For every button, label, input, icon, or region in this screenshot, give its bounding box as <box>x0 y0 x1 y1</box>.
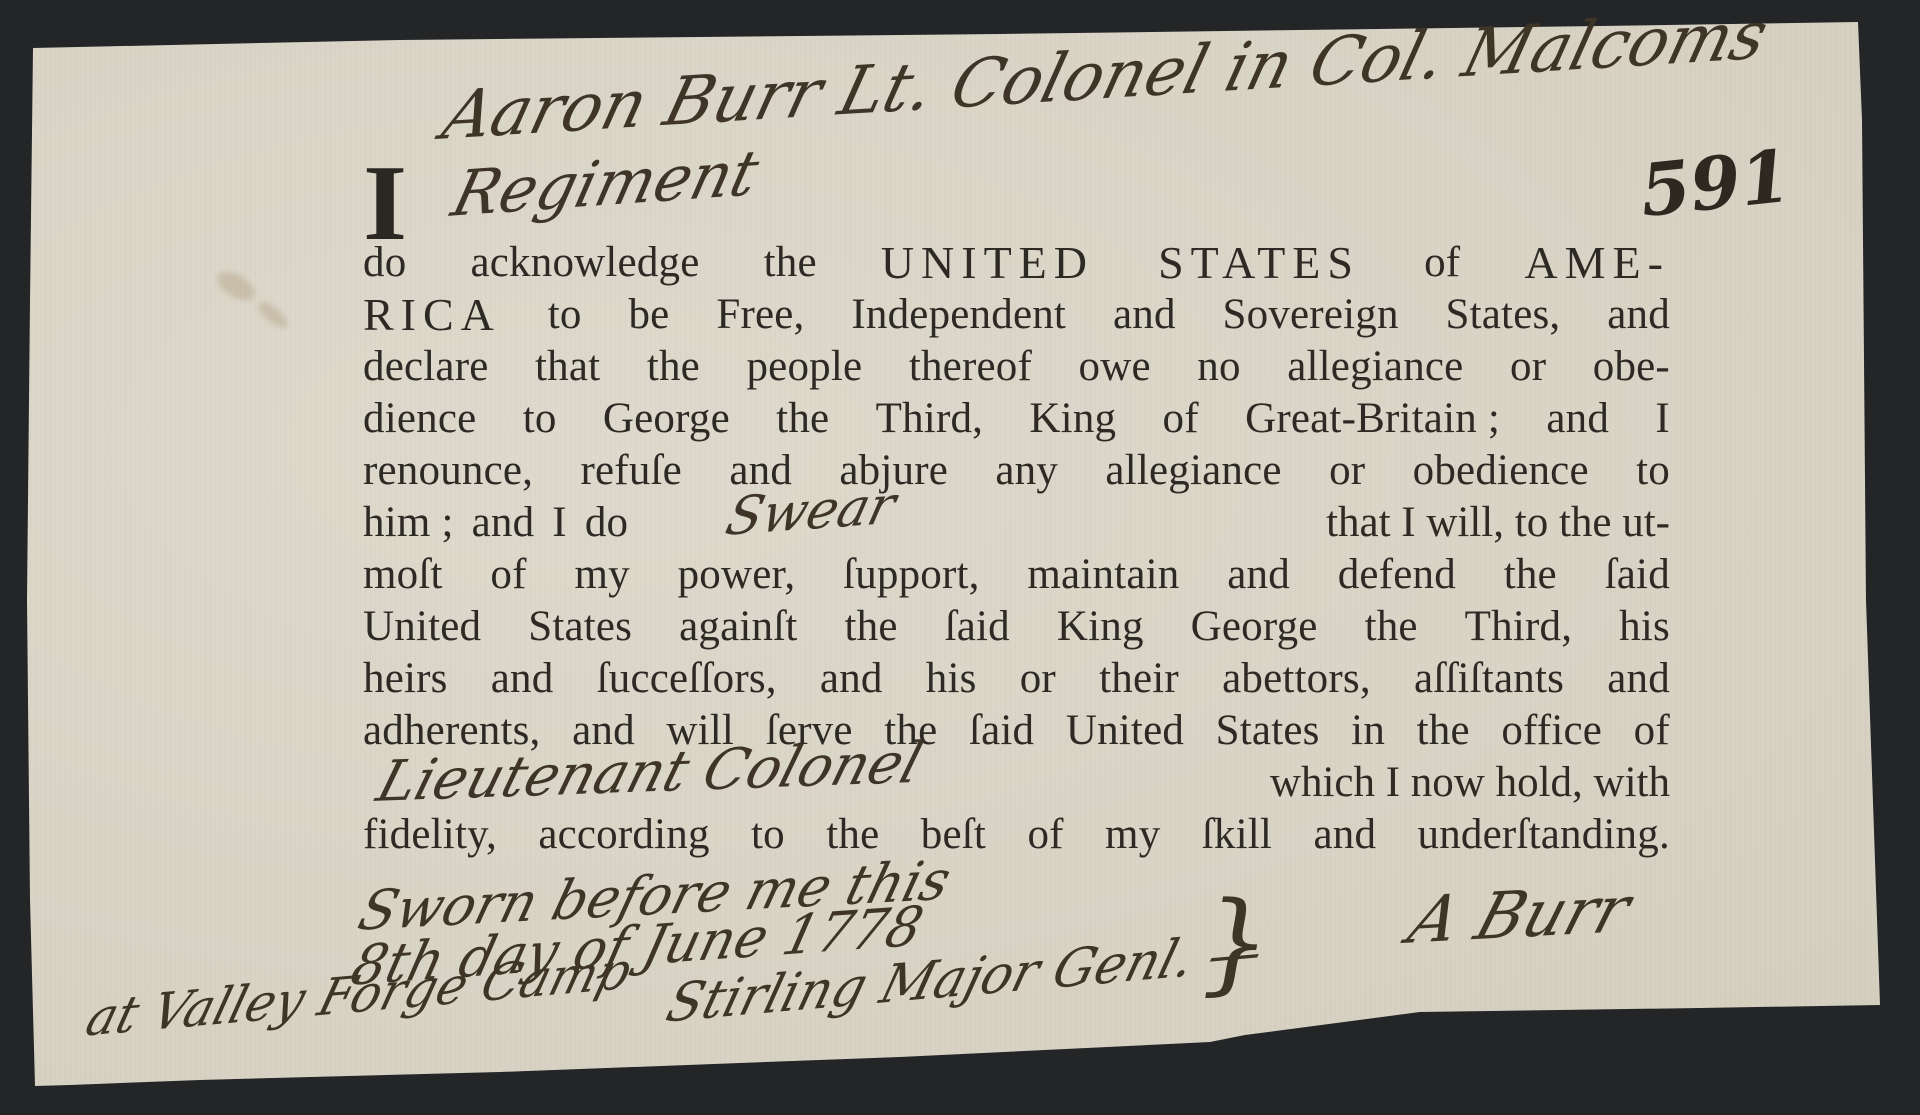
printed-line-2: RICA to be Free, Independent and Soverei… <box>363 290 1670 340</box>
printed-line-7: moſt of my power, ſupport, maintain and … <box>363 550 1670 600</box>
printed-line-9: heirs and ſucceſſors, and his or their a… <box>363 654 1670 704</box>
catalog-number: 591 <box>1636 133 1794 233</box>
printed-line-5: renounce, refuſe and abjure any allegian… <box>363 446 1670 496</box>
document-viewer: Aaron Burr Lt. Colonel in Col. Malcoms R… <box>0 0 1920 1115</box>
printed-line-8: United States againſt the ſaid King Geor… <box>363 602 1670 652</box>
printed-line-4: dience to George the Third, King of Grea… <box>363 394 1670 444</box>
printed-line-11-tail: which I now hold, with <box>1130 758 1670 808</box>
printed-line-12: fidelity, according to the beſt of my ſk… <box>363 810 1670 860</box>
printed-line-3: declare that the people thereof owe no a… <box>363 342 1670 392</box>
printed-line-1: do acknowledge the UNITED STATES of AME- <box>363 238 1670 288</box>
fill-in-oath-verb: Swear <box>720 475 902 548</box>
printed-line-6-tail: that I will, to the ut- <box>1195 498 1670 548</box>
signatory-signature: A Burr <box>1400 872 1639 959</box>
